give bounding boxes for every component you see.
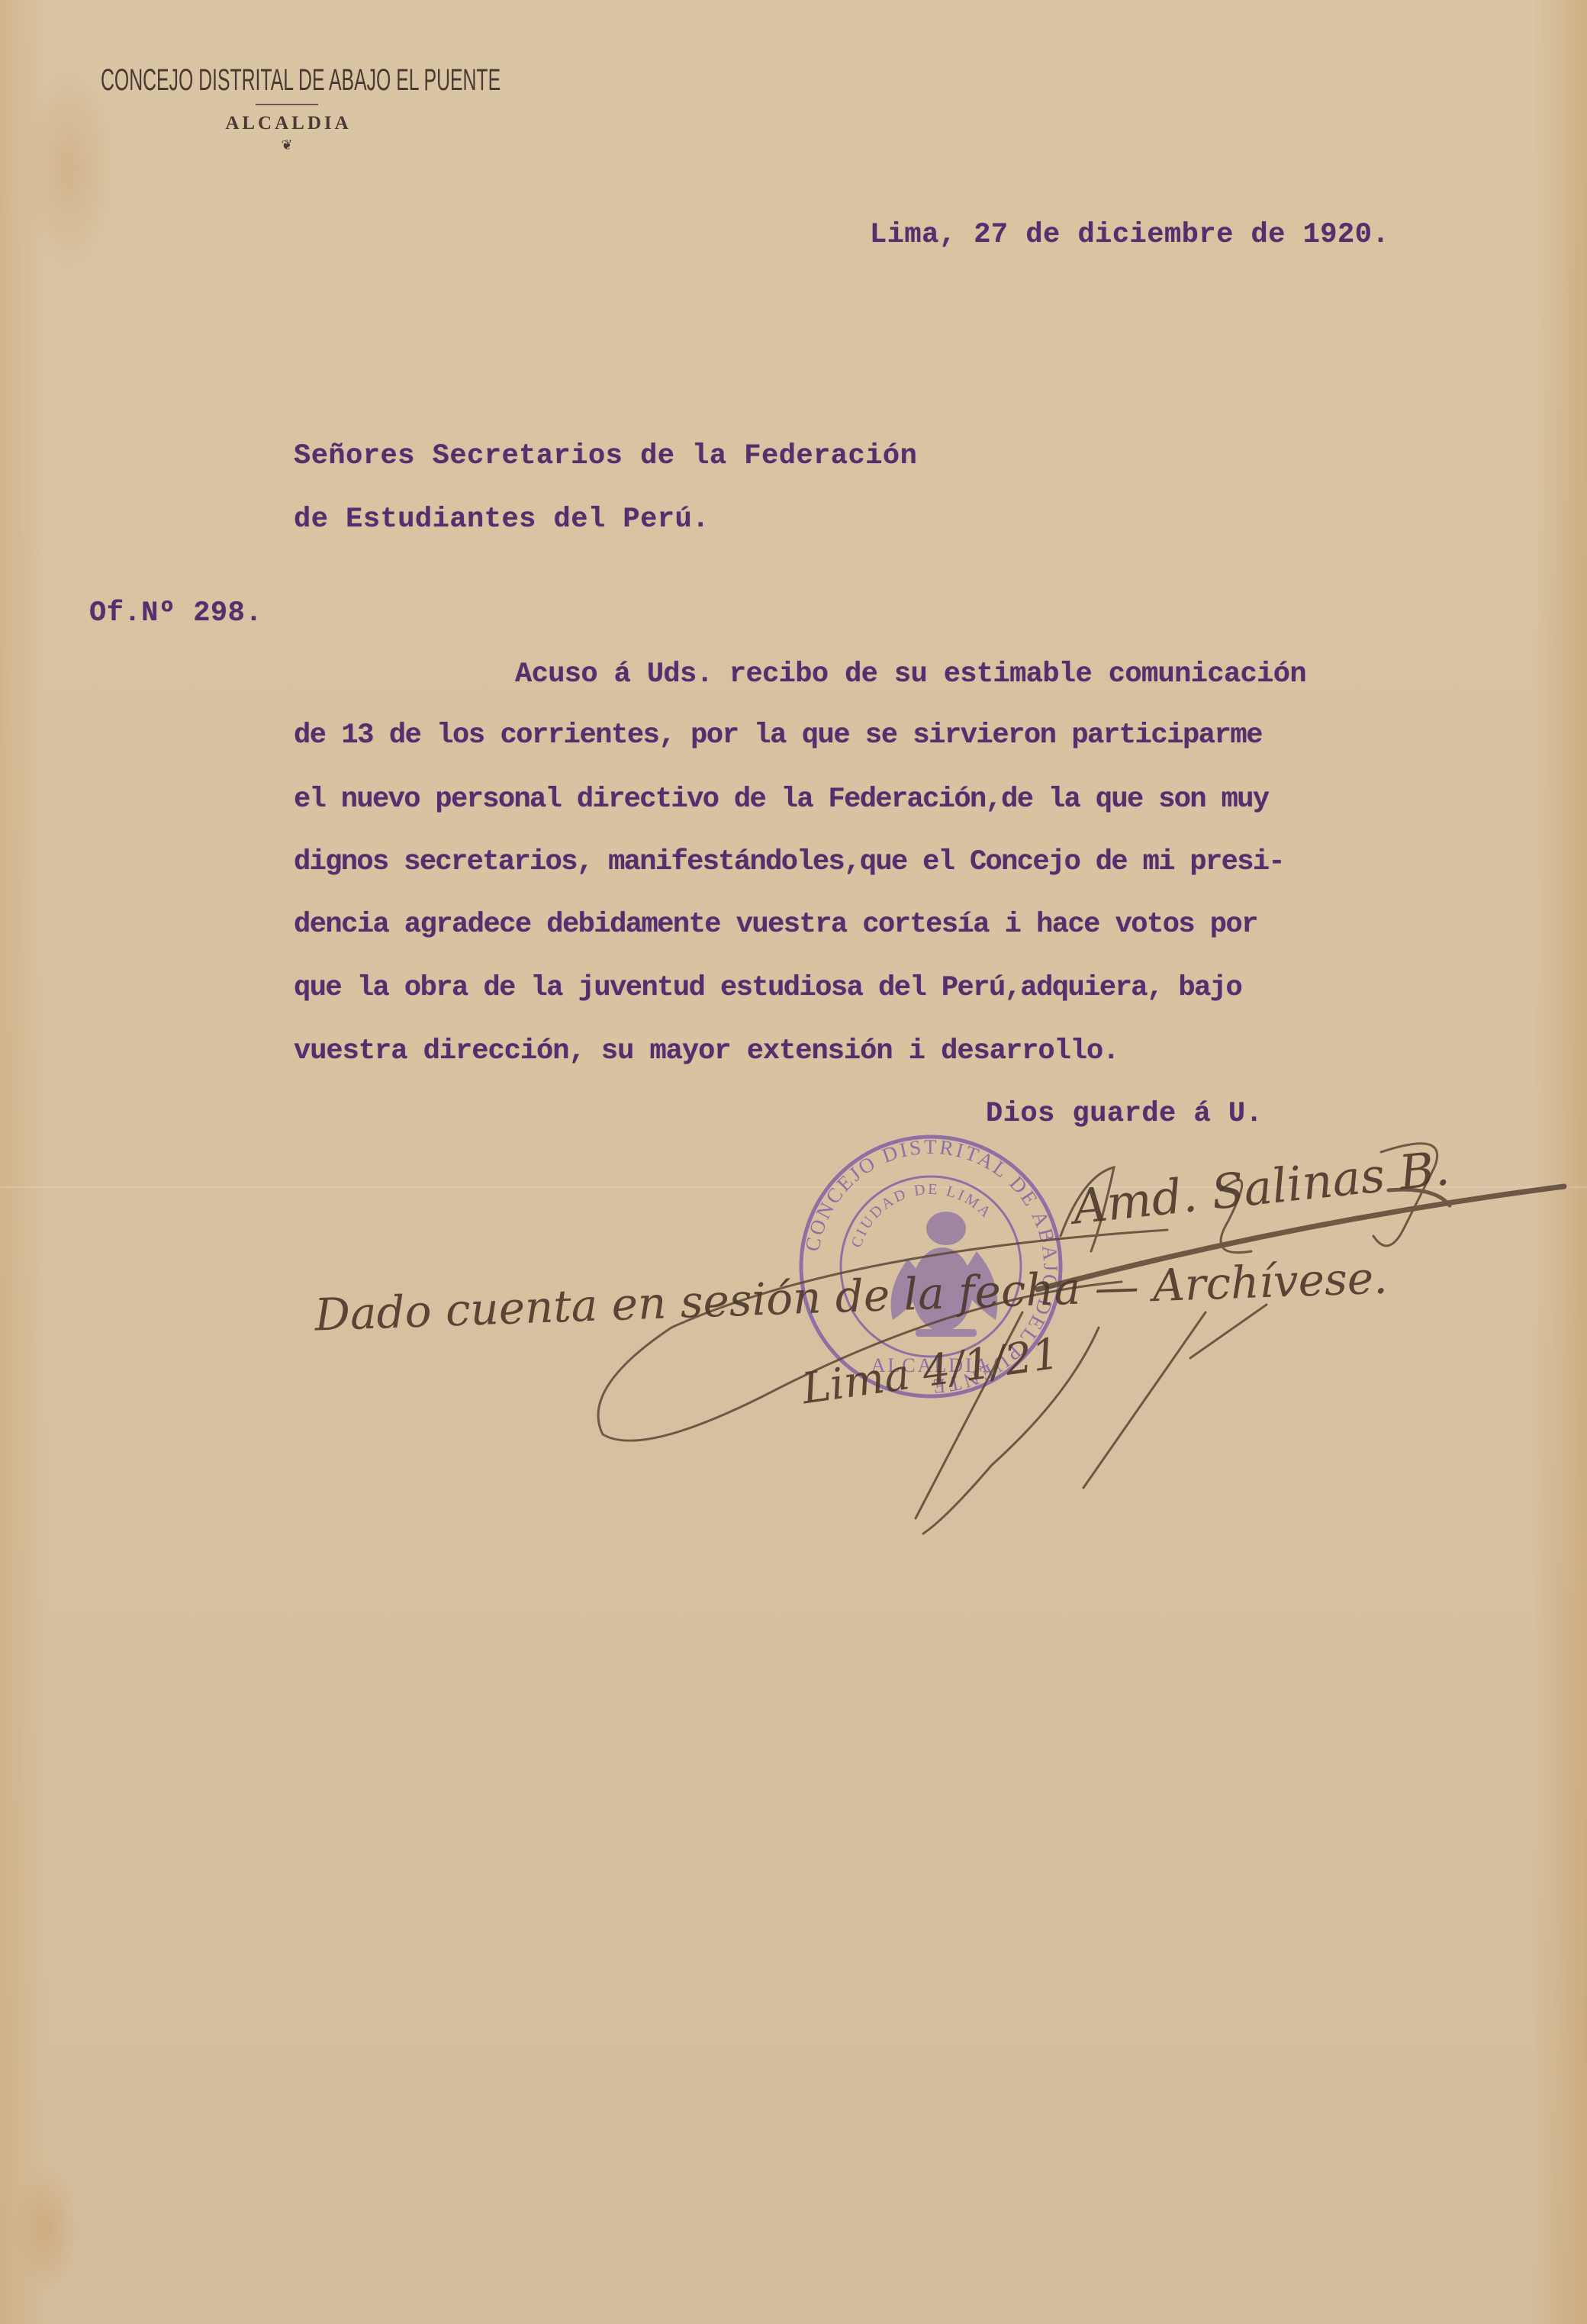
- ornament-icon: ❦: [96, 137, 478, 153]
- body-line-1: Acuso á Uds. recibo de su estimable comu…: [515, 661, 1306, 689]
- addressee-line-1: Señores Secretarios de la Federación: [294, 443, 917, 471]
- body-line-6: que la obra de la juventud estudiosa del…: [294, 974, 1241, 1003]
- svg-text:CIUDAD DE LIMA: CIUDAD DE LIMA: [848, 1181, 996, 1250]
- letterhead-subtitle: ALCALDIA: [98, 113, 479, 134]
- closing-line: Dios guarde á U.: [986, 1100, 1263, 1128]
- addressee-line-2: de Estudiantes del Perú.: [294, 506, 710, 534]
- body-line-7: vuestra dirección, su mayor extensión i …: [294, 1038, 1119, 1066]
- reference-number: Of.Nº 298.: [89, 600, 262, 628]
- letterhead-title: CONCEJO DISTRITAL DE ABAJO EL PUENTE: [101, 63, 482, 98]
- date-line: Lima, 27 de diciembre de 1920.: [870, 221, 1389, 249]
- letterhead: CONCEJO DISTRITAL DE ABAJO EL PUENTE ALC…: [101, 63, 482, 153]
- body-line-5: dencia agradece debidamente vuestra cort…: [294, 911, 1257, 939]
- body-line-3: el nuevo personal directivo de la Federa…: [294, 786, 1268, 814]
- body-line-2: de 13 de los corrientes, por la que se s…: [294, 722, 1262, 750]
- body-line-4: dignos secretarios, manifestándoles,que …: [294, 848, 1284, 877]
- letterhead-rule: [256, 104, 318, 105]
